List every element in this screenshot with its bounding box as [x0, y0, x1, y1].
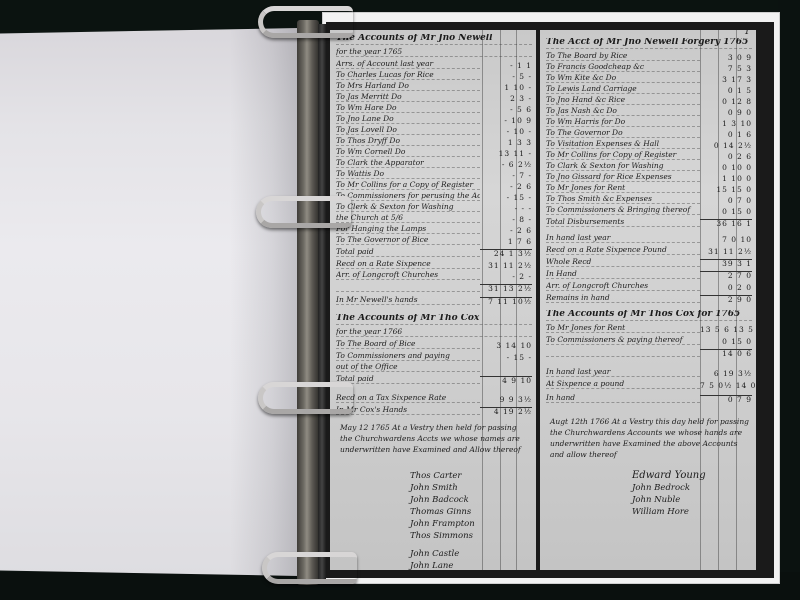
ledger-entry: For Hanging the Lamps- 2 6	[336, 223, 532, 234]
ledger-entry: To Commissioners for perusing the Accts-…	[336, 190, 532, 201]
ledger-entry: To Clark the Apparator- 6 2½	[336, 157, 532, 168]
ledger-entry: To Commissioners & paying thereof0 15 0	[546, 334, 752, 345]
vestry-minute: Augt 12th 1766 At a Vestry this day held…	[550, 416, 750, 460]
ledger-entry: To Jas Nash &c Do0 9 0	[546, 105, 752, 116]
ledger-entry: To Wm Hare Do- 5 6	[336, 102, 532, 113]
account-heading: The Acct of Mr Jno Newell Forgery 1765	[546, 38, 752, 49]
signature: John Frampton	[410, 518, 475, 530]
ledger-entry: To Mr Collins for Copy of Register0 2 6	[546, 149, 752, 160]
arrears-row: Arr. of Longcroft Churches0 2 0	[546, 280, 752, 291]
ledger-entry: To Mr Collins for a Copy of Register- 2 …	[336, 179, 532, 190]
in-hand-row: In Hand2 7 0	[546, 268, 752, 279]
binder-ring	[258, 382, 353, 414]
ledger-entry: out of the Office	[336, 361, 532, 372]
signature: Thos Carter	[410, 470, 475, 482]
binder-rail	[297, 20, 319, 585]
ledger-entry: To Charles Lucas for Rice- 5 -	[336, 69, 532, 80]
ledger-entry: the Church at 5/6- 8 -	[336, 212, 532, 223]
signature: John Nuble	[632, 494, 706, 506]
sum-row: 31 13 2½	[336, 281, 532, 292]
total-paid-row: Total paid24 1 3½	[336, 246, 532, 257]
signature: John Castle	[410, 548, 475, 560]
ledger-entry: To Clerk & Sexton for Washing- - -	[336, 201, 532, 212]
total-row: Total Disbursements36 16 1	[546, 216, 752, 227]
ledger-entry: To Jno Lane Do- 10 9	[336, 113, 532, 124]
signature: William Hore	[632, 506, 706, 518]
ledger-entry: To Mr Jones for Rent13 5 6 13 5 6	[546, 322, 752, 333]
ledger-entry: To Wm Harris for Do1 3 10	[546, 116, 752, 127]
table-background-right	[778, 0, 800, 600]
received-row: Recd on a Tax Sixpence Rate9 9 3½	[336, 392, 532, 403]
ledger-entry: To The Governor Do0 1 6	[546, 127, 752, 138]
in-hand-row: In Mr Cox's Hands4 19 2½	[336, 404, 532, 415]
binder-ring	[262, 552, 357, 584]
ledger-entry: To Commissioners and paying- 15 -	[336, 350, 532, 361]
account-heading: The Accounts of Mr Jno Newell	[336, 34, 532, 45]
whole-received-row: Whole Recd39 3 1	[546, 256, 752, 267]
received-row: Recd on a Rate Sixpence31 11 2½	[336, 258, 532, 269]
rate-row: At Sixpence a pound7 5 0½ 14 0 3½	[546, 378, 752, 389]
signature: John Badcock	[410, 494, 475, 506]
ledger-entry: To Mr Jones for Rent15 15 0	[546, 182, 752, 193]
ledger-entry: To Jas Merritt Do2 3 -	[336, 91, 532, 102]
signature: John Smith	[410, 482, 475, 494]
blank-binder-page	[0, 28, 300, 576]
binder-photo-scene: The Accounts of Mr Jno Newell for the ye…	[0, 0, 800, 600]
ledger-entry: To Thos Dryff Do1 3 3	[336, 135, 532, 146]
signature-block: Edward Young John Bedrock John Nuble Wil…	[632, 470, 706, 518]
ledger-entry: To Wm Cornell Do13 11 -	[336, 146, 532, 157]
ledger-right-page: 1 The Acct of Mr Jno Newell Forgery 1765…	[540, 30, 756, 570]
remaining-row: Remains in hand2 9 0	[546, 292, 752, 303]
in-hand-row: In hand0 7 9	[546, 392, 752, 403]
ledger-entry: To Mrs Harland Do1 10 -	[336, 80, 532, 91]
binder-ring	[256, 196, 351, 228]
ledger-entry: To Jas Lovell Do- 10 -	[336, 124, 532, 135]
ledger-photocopy: The Accounts of Mr Jno Newell for the ye…	[326, 22, 774, 578]
total-paid-row: Total paid4 9 10	[336, 373, 532, 384]
ledger-entry: To Lewis Land Carriage0 1 5	[546, 83, 752, 94]
signature: Thos Simmons	[410, 530, 475, 542]
ledger-entry: To Commissioners & Bringing thereof0 15 …	[546, 204, 752, 215]
ledger-entry: To Jno Gissard for Rice Expenses1 10 0	[546, 171, 752, 182]
signature: Edward Young	[632, 470, 706, 482]
second-account-heading: The Accounts of Mr Tho Cox	[336, 314, 532, 325]
total-row: 14 0 6	[546, 346, 752, 357]
ledger-entry: To Visitation Expenses & Hall0 14 2½	[546, 138, 752, 149]
in-hand-row: In Mr Newell's hands7 11 10½	[336, 294, 532, 305]
ledger-entry: To Thos Smith &c Expenses0 7 0	[546, 193, 752, 204]
ledger-entry: To Wattis Do- 7 -	[336, 168, 532, 179]
ledger-entry: To The Board by Rice3 0 9	[546, 50, 752, 61]
in-hand-last-row: In hand last year7 0 10	[546, 232, 752, 243]
ledger-left-page: The Accounts of Mr Jno Newell for the ye…	[330, 30, 536, 570]
binder-rail-shadow	[318, 24, 326, 584]
ledger-entry: To Jno Hand &c Rice0 12 8	[546, 94, 752, 105]
vestry-minute: May 12 1765 At a Vestry then held for pa…	[340, 422, 530, 455]
ledger-entry: To Francis Goodcheap &c7 5 3	[546, 61, 752, 72]
received-row: Recd on a Rate Sixpence Pound31 11 2½	[546, 244, 752, 255]
signature: John Lane	[410, 560, 475, 570]
binder-ring	[258, 6, 353, 38]
second-account-subheading: for the year 1766	[336, 326, 532, 337]
ledger-entry: To The Governor of Bice1 7 6	[336, 234, 532, 245]
ledger-entry: To Clark & Sexton for Washing0 10 0	[546, 160, 752, 171]
second-account-heading: The Accounts of Mr Thos Cox for 1765	[546, 310, 752, 321]
page-curl-shadow	[230, 28, 300, 576]
signature-block: Thos Carter John Smith John Badcock Thom…	[410, 470, 475, 570]
signature: Thomas Ginns	[410, 506, 475, 518]
in-hand-last-row: In hand last year6 19 3½	[546, 366, 752, 377]
arrears-row: Arr. of Longcroft Churches- 2 -	[336, 269, 532, 280]
signature: John Bedrock	[632, 482, 706, 494]
ledger-entry: To The Board of Bice3 14 10	[336, 338, 532, 349]
page-number: 1	[744, 30, 750, 37]
ledger-entry: Arrs. of Account last year- 1 1	[336, 58, 532, 69]
ledger-entry: To Wm Kite &c Do3 17 3	[546, 72, 752, 83]
account-subheading: for the year 1765	[336, 46, 532, 57]
